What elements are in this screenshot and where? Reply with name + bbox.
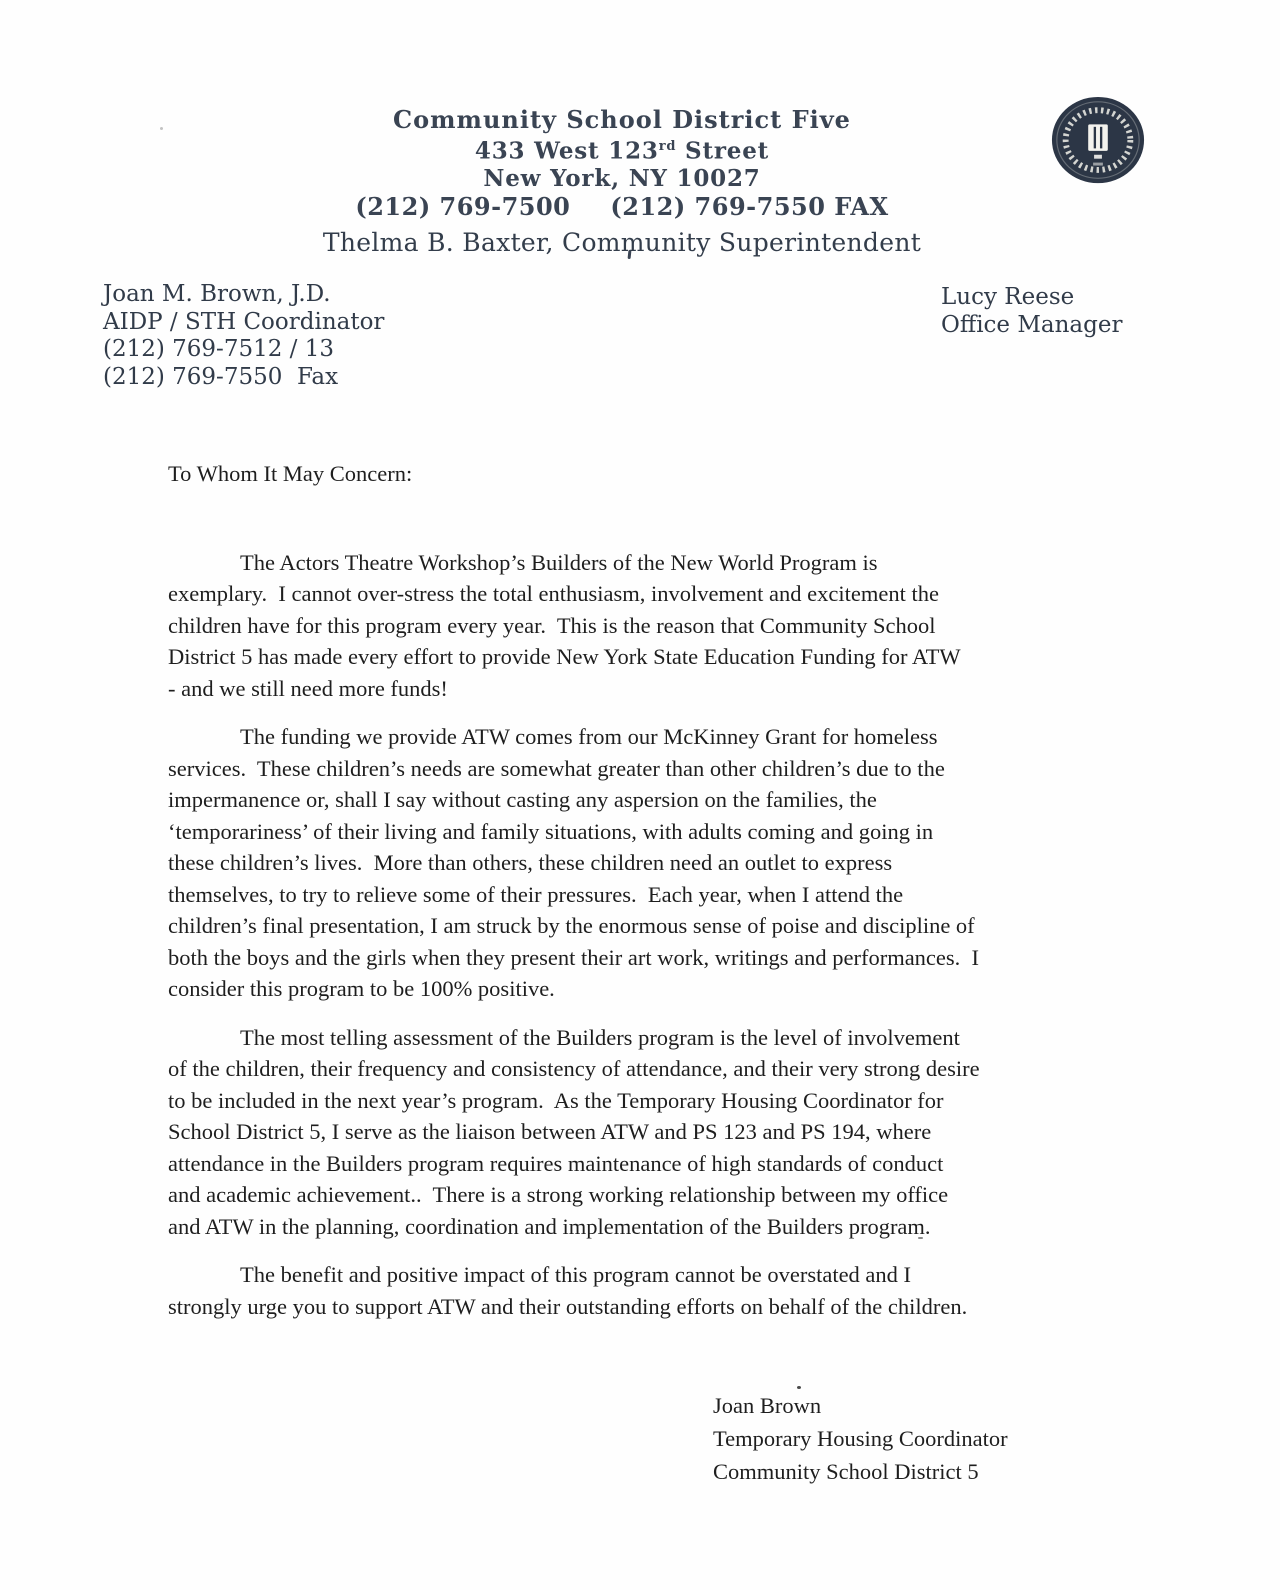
text-line: District 5 has made every effort to prov…	[168, 641, 1128, 673]
scan-artifact	[797, 1386, 801, 1389]
text-line: children have for this program every yea…	[168, 610, 1128, 642]
signature-block: Joan BrownTemporary Housing CoordinatorC…	[713, 1389, 1008, 1488]
text-line: and academic achievement.. There is a st…	[168, 1179, 1128, 1211]
phone-main: (212) 769-7500	[355, 192, 570, 221]
text-line: (212) 769-7550 Fax	[103, 364, 384, 392]
scan-artifact	[628, 250, 632, 259]
contact-block-left: Joan M. Brown, J.D.AIDP / STH Coordinato…	[103, 281, 384, 391]
letter-page: Community School District Five 433 West …	[0, 0, 1280, 1590]
phone-fax: (212) 769-7550 FAX	[610, 192, 888, 221]
paragraph: The most telling assessment of the Build…	[168, 1022, 1128, 1243]
salutation: To Whom It May Concern:	[168, 458, 1128, 490]
paragraph: The funding we provide ATW comes from ou…	[168, 721, 1128, 1005]
text-line: children’s final presentation, I am stru…	[168, 910, 1128, 942]
text-line: services. These children’s needs are som…	[168, 753, 1128, 785]
paragraph: The benefit and positive impact of this …	[168, 1259, 1128, 1322]
text-line: strongly urge you to support ATW and the…	[168, 1291, 1128, 1323]
text-line: The funding we provide ATW comes from ou…	[168, 721, 1128, 753]
text-line: AIDP / STH Coordinator	[103, 309, 384, 337]
district-seal	[1046, 94, 1150, 192]
text-line: - and we still need more funds!	[168, 673, 1128, 705]
text-line: Lucy Reese	[941, 284, 1122, 312]
seal-graphic	[1046, 94, 1150, 192]
text-line: attendance in the Builders program requi…	[168, 1148, 1128, 1180]
text-line: of the children, their frequency and con…	[168, 1053, 1128, 1085]
scan-artifact	[160, 127, 163, 130]
text-line: The most telling assessment of the Build…	[168, 1022, 1128, 1054]
text-line: impermanence or, shall I say without cas…	[168, 784, 1128, 816]
text-line: The Actors Theatre Workshop’s Builders o…	[168, 547, 1128, 579]
text-line: School District 5, I serve as the liaiso…	[168, 1116, 1128, 1148]
text-line: consider this program to be 100% positiv…	[168, 973, 1128, 1005]
text-line: Office Manager	[941, 312, 1122, 340]
text-line: Temporary Housing Coordinator	[713, 1422, 1008, 1455]
text-line: both the boys and the girls when they pr…	[168, 942, 1128, 974]
text-line: exemplary. I cannot over-stress the tota…	[168, 578, 1128, 610]
text-line: Joan Brown	[713, 1389, 1008, 1422]
letter-paragraphs: The Actors Theatre Workshop’s Builders o…	[168, 547, 1128, 1323]
text-line: (212) 769-7512 / 13	[103, 336, 384, 364]
text-line: and ATW in the planning, coordination an…	[168, 1211, 1128, 1243]
phone-line: (212) 769-7500(212) 769-7550 FAX	[0, 192, 1244, 221]
book-icon	[1088, 124, 1108, 150]
street-ordinal: rd	[659, 139, 677, 154]
text-line: Joan M. Brown, J.D.	[103, 281, 384, 309]
street-pre: 433 West 123	[475, 138, 659, 165]
text-line: ‘temporariness’ of their living and fami…	[168, 816, 1128, 848]
text-line: The benefit and positive impact of this …	[168, 1259, 1128, 1291]
scan-artifact	[918, 1237, 923, 1239]
letter-body: To Whom It May Concern: The Actors Theat…	[168, 458, 1128, 1339]
paragraph: The Actors Theatre Workshop’s Builders o…	[168, 547, 1128, 705]
contact-block-right: Lucy ReeseOffice Manager	[941, 284, 1122, 339]
street-post: Street	[676, 138, 769, 165]
text-line: Community School District 5	[713, 1455, 1008, 1488]
text-line: these children’s lives. More than others…	[168, 847, 1128, 879]
text-line: to be included in the next year’s progra…	[168, 1085, 1128, 1117]
superintendent-line: Thelma B. Baxter, Community Superintende…	[0, 229, 1244, 257]
text-line: themselves, to try to relieve some of th…	[168, 879, 1128, 911]
